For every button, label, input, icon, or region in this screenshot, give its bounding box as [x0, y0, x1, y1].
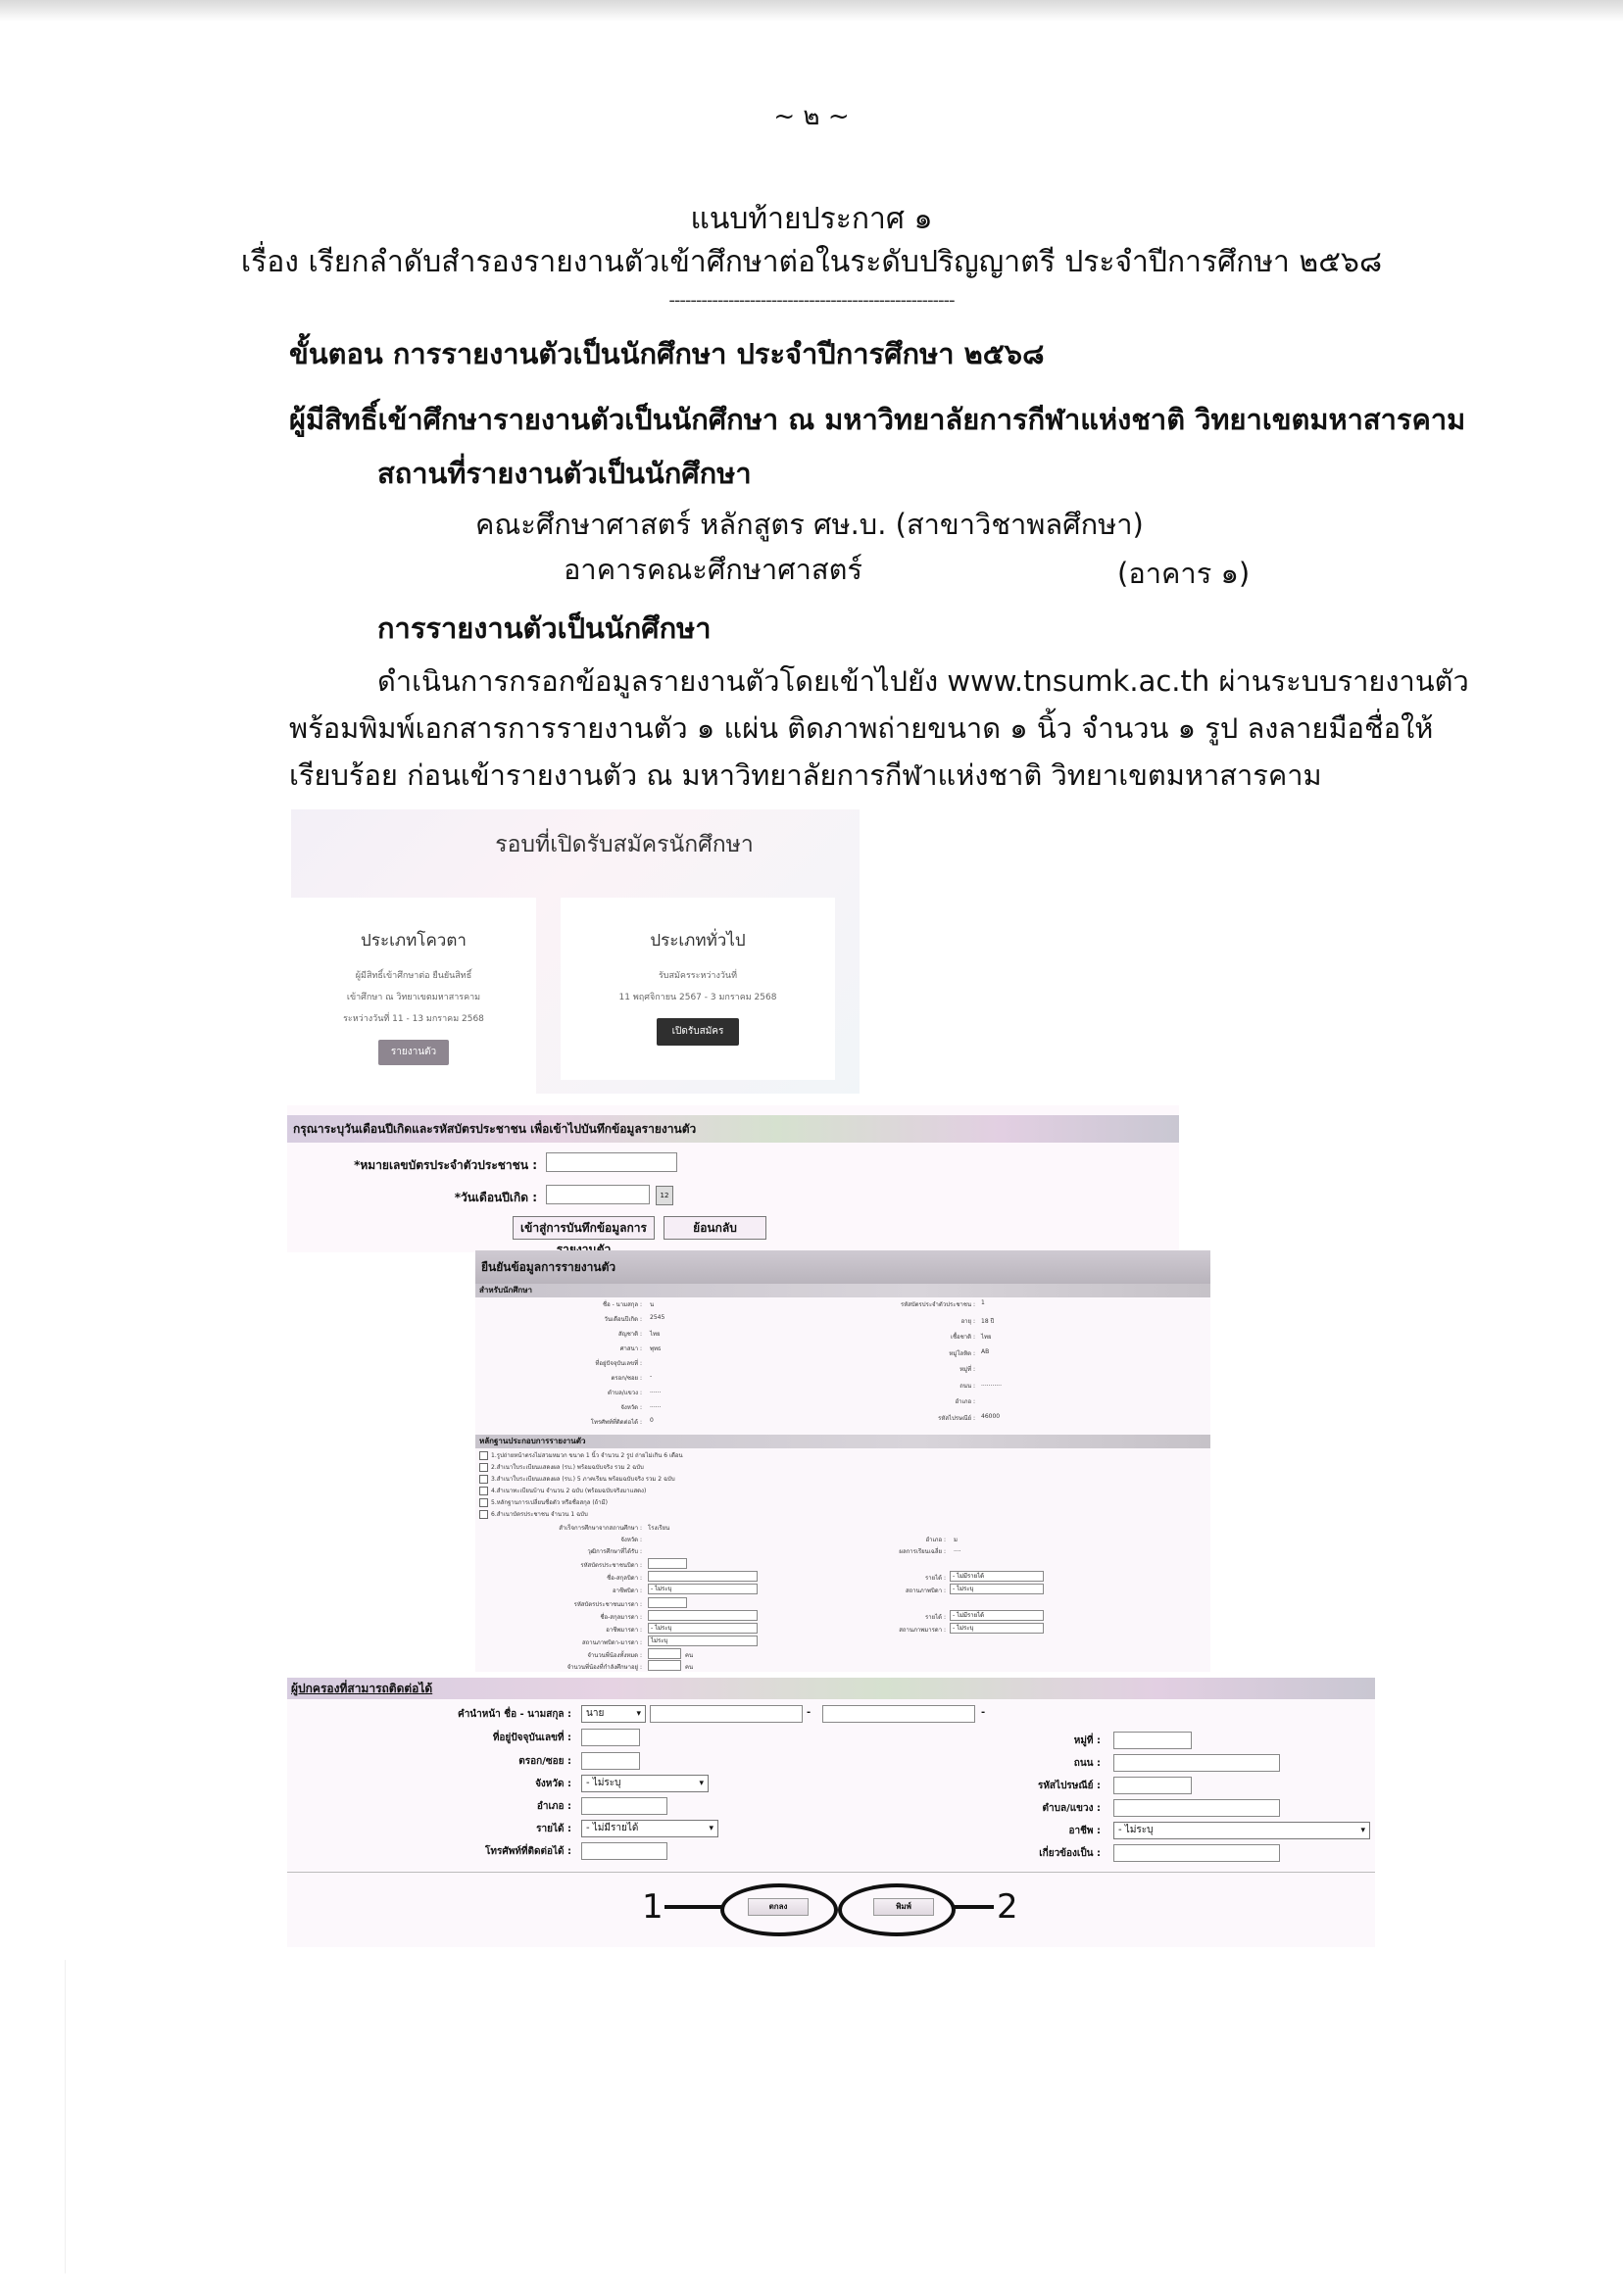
faculty-program: คณะศึกษาศาสตร์ หลักสูตร ศษ.บ. (สาขาวิชาพ… — [475, 502, 1144, 547]
guardian-subdistrict-input[interactable] — [1113, 1799, 1280, 1817]
district-value: ม — [954, 1535, 958, 1544]
callout-ellipse-1 — [720, 1883, 838, 1936]
mother-job-label: อาชีพมารดา : — [475, 1625, 642, 1635]
student-field-label: หมู่ที่ : — [848, 1364, 975, 1374]
confirm-title: ยืนยันข้อมูลการรายงานตัว — [475, 1250, 1210, 1284]
province-label: จังหวัด : — [475, 1535, 642, 1544]
building-name: อาคารคณะศึกษาศาสตร์ — [564, 547, 862, 592]
name-separator: - — [807, 1707, 811, 1718]
document-label: 2.สำเนาใบระเบียนแสดงผล (รบ.) พร้อมฉบับจร… — [491, 1464, 644, 1471]
student-field-label: ศาสนา : — [475, 1343, 642, 1353]
building-number: (อาคาร ๑) — [1117, 551, 1250, 596]
guardian-prefix-select[interactable]: นาย▾ — [581, 1705, 646, 1723]
callout-number-2: 2 — [997, 1887, 1018, 1927]
chevron-down-icon: ▾ — [636, 1706, 641, 1722]
mother-name-label: ชื่อ-สกุลมารดา : — [475, 1612, 642, 1622]
paragraph-line-1: ดำเนินการกรอกข้อมูลรายงานตัวโดยเข้าไปยัง… — [377, 659, 1469, 704]
quota-line-3: ระหว่างวันที่ 11 - 13 มกราคม 2568 — [343, 1014, 484, 1024]
guardian-lastname-input[interactable] — [822, 1705, 975, 1723]
back-button[interactable]: ย้อนกลับ — [664, 1216, 766, 1240]
student-field-value: 18 ปี — [981, 1316, 994, 1326]
guardian-occupation-label: อาชีพ : — [973, 1824, 1101, 1838]
document-checkbox-row[interactable]: 1.รูปถ่ายหน้าตรงไม่สวมหมวก ขนาด 1 นิ้ว จ… — [479, 1450, 683, 1460]
guardian-province-value: - ไม่ระบุ — [586, 1778, 621, 1788]
guardian-soi-input[interactable] — [581, 1752, 640, 1770]
guardian-moo-input[interactable] — [1113, 1732, 1192, 1749]
general-line-1: รับสมัครระหว่างวันที่ — [659, 971, 737, 981]
separator: ----------------------------------------… — [0, 290, 1623, 311]
degree-label: วุฒิการศึกษาที่ได้รับ : — [475, 1546, 642, 1556]
father-name-input[interactable] — [648, 1571, 758, 1582]
guardian-phone-label: โทรศัพท์ที่ติดต่อได้ : — [287, 1844, 571, 1859]
document-checkbox-row[interactable]: 6.สำเนาบัตรประชาชน จำนวน 1 ฉบับ — [479, 1509, 588, 1519]
father-id-label: รหัสบัตรประชาชนบิดา : — [475, 1560, 642, 1570]
siblings-total-unit: คน — [685, 1650, 693, 1660]
chevron-down-icon: ▾ — [1360, 1823, 1365, 1838]
scan-margin — [65, 1960, 66, 2273]
document-label: 4.สำเนาทะเบียนบ้าน จำนวน 2 ฉบับ (พร้อมฉบ… — [491, 1488, 646, 1494]
subject-line: เรื่อง เรียกลำดับสำรองรายงานตัวเข้าศึกษา… — [0, 239, 1623, 285]
guardian-income-value: - ไม่มีรายได้ — [586, 1823, 638, 1833]
student-field-value: ไทย — [650, 1329, 661, 1339]
student-field-label: ที่อยู่ปัจจุบันเลขที่ : — [475, 1358, 642, 1368]
gpa-label: ผลการเรียนเฉลี่ย : — [848, 1546, 946, 1556]
guardian-name-label: คำนำหน้า ชื่อ - นามสกุล : — [287, 1707, 571, 1722]
student-field-value: - — [650, 1373, 652, 1380]
student-field-value: ........... — [981, 1381, 1002, 1388]
quota-heading: ประเภทโควตา — [291, 927, 536, 953]
mother-income-select[interactable]: - ไม่มีรายได้ — [950, 1610, 1044, 1621]
place-heading: สถานที่รายงานตัวเป็นนักศึกษา — [377, 451, 752, 496]
father-id-input[interactable] — [648, 1558, 687, 1569]
annex-title: แนบท้ายประกาศ ๑ — [0, 196, 1623, 242]
guardian-postcode-label: รหัสไปรษณีย์ : — [973, 1779, 1101, 1793]
school-value: โรงเรียน — [648, 1523, 669, 1533]
general-card: ประเภททั่วไป รับสมัครระหว่างวันที่ 11 พฤ… — [561, 898, 835, 1080]
student-field-label: จังหวัด : — [475, 1402, 642, 1412]
student-field-value: พุทธ — [650, 1343, 662, 1353]
guardian-income-select[interactable]: - ไม่มีรายได้▾ — [581, 1820, 718, 1837]
parents-status-label: สถานภาพบิดา-มารดา : — [475, 1637, 642, 1647]
document-label: 6.สำเนาบัตรประชาชน จำนวน 1 ฉบับ — [491, 1511, 588, 1518]
student-field-label: เชื้อชาติ : — [848, 1332, 975, 1342]
guardian-house-input[interactable] — [581, 1729, 640, 1746]
guardian-occupation-value: - ไม่ระบุ — [1118, 1825, 1154, 1835]
student-field-value: 46000 — [981, 1413, 1000, 1420]
father-income-select[interactable]: - ไม่มีรายได้ — [950, 1571, 1044, 1582]
student-field-label: อำเภอ : — [848, 1396, 975, 1406]
father-name-label: ชื่อ-สกุลบิดา : — [475, 1573, 642, 1583]
guardian-road-input[interactable] — [1113, 1754, 1280, 1772]
checkbox[interactable] — [479, 1451, 488, 1460]
document-checkbox-row[interactable]: 2.สำเนาใบระเบียนแสดงผล (รบ.) พร้อมฉบับจร… — [479, 1462, 644, 1472]
siblings-studying-unit: คน — [685, 1662, 693, 1672]
student-field-value: ไทย — [981, 1332, 992, 1342]
guardian-relation-input[interactable] — [1113, 1844, 1280, 1862]
paragraph-line-3: เรียบร้อย ก่อนเข้ารายงานตัว ณ มหาวิทยาลั… — [289, 753, 1322, 798]
general-heading: ประเภททั่วไป — [561, 927, 835, 953]
father-job-label: อาชีพบิดา : — [475, 1586, 642, 1595]
guardian-district-input[interactable] — [581, 1797, 667, 1815]
district-label: อำเภอ : — [848, 1535, 946, 1544]
general-line-2: 11 พฤศจิกายน 2567 - 3 มกราคม 2568 — [619, 993, 777, 1002]
student-field-label: รหัสไปรษณีย์ : — [848, 1413, 975, 1423]
student-field-value: 1 — [981, 1299, 985, 1306]
dob-label: *วันเดือนปีเกิด : — [287, 1189, 537, 1207]
student-field-label: หมู่โลหิต : — [848, 1348, 975, 1358]
student-field-label: รหัสบัตรประจำตัวประชาชน : — [848, 1299, 975, 1309]
siblings-total-input[interactable] — [648, 1648, 681, 1659]
guardian-moo-label: หมู่ที่ : — [973, 1734, 1101, 1748]
parents-status-select[interactable]: ไม่ระบุ — [648, 1636, 758, 1646]
father-status-label: สถานภาพบิดา : — [848, 1586, 946, 1595]
student-field-label: ตรอก/ซอย : — [475, 1373, 642, 1383]
callout-number-1: 1 — [642, 1887, 664, 1927]
quota-line-1: ผู้มีสิทธิ์เข้าศึกษาต่อ ยืนยันสิทธิ์ — [356, 971, 471, 981]
student-field-label: อายุ : — [848, 1316, 975, 1326]
mother-income-label: รายได้ : — [848, 1612, 946, 1622]
guardian-occupation-select[interactable]: - ไม่ระบุ▾ — [1113, 1822, 1370, 1839]
paragraph-line-2: พร้อมพิมพ์เอกสารการรายงานตัว ๑ แผ่น ติดภ… — [289, 706, 1433, 751]
guardian-province-select[interactable]: - ไม่ระบุ▾ — [581, 1775, 709, 1792]
checkbox[interactable] — [479, 1475, 488, 1484]
checkbox[interactable] — [479, 1510, 488, 1519]
student-field-label: ตำบล/แขวง : — [475, 1388, 642, 1397]
mother-status-label: สถานภาพมารดา : — [848, 1625, 946, 1635]
guardian-road-label: ถนน : — [973, 1756, 1101, 1771]
document-checkbox-row[interactable]: 3.สำเนาใบระเบียนแสดงผล (รบ.) 5 ภาคเรียน … — [479, 1474, 675, 1484]
guardian-house-label: ที่อยู่ปัจจุบันเลขที่ : — [287, 1731, 571, 1745]
documents-section: หลักฐานประกอบการรายงานตัว — [475, 1435, 1210, 1448]
student-field-value: AB — [981, 1348, 989, 1355]
chevron-down-icon: ▾ — [709, 1821, 713, 1836]
siblings-total-label: จำนวนพี่น้องทั้งหมด : — [475, 1650, 642, 1660]
name-separator-end: - — [981, 1707, 985, 1718]
guardian-title: ผู้ปกครองที่สามารถติดต่อได้ — [287, 1678, 1375, 1699]
eligible-line: ผู้มีสิทธิ์เข้าศึกษารายงานตัวเป็นนักศึกษ… — [289, 397, 1465, 442]
document-checkbox-row[interactable]: 4.สำเนาทะเบียนบ้าน จำนวน 2 ฉบับ (พร้อมฉบ… — [479, 1486, 646, 1495]
open-application-button[interactable]: เปิดรับสมัคร — [657, 1018, 739, 1046]
guardian-phone-input[interactable] — [581, 1842, 667, 1860]
guardian-income-label: รายได้ : — [287, 1822, 571, 1836]
student-field-value: น — [650, 1299, 654, 1309]
guardian-district-label: อำเภอ : — [287, 1799, 571, 1814]
siblings-studying-input[interactable] — [648, 1660, 681, 1671]
divider — [287, 1872, 1375, 1873]
checkbox[interactable] — [479, 1487, 488, 1495]
rounds-title: รอบที่เปิดรับสมัครนักศึกษา — [291, 827, 860, 862]
callout-line-1 — [664, 1905, 721, 1909]
guardian-subdistrict-label: ตำบล/แขวง : — [973, 1801, 1101, 1816]
mother-id-label: รหัสบัตรประชาชนมารดา : — [475, 1599, 642, 1609]
scan-edge — [0, 0, 1623, 22]
student-section: สำหรับนักศึกษา — [475, 1284, 1210, 1297]
id-label: *หมายเลขบัตรประจำตัวประชาชน : — [287, 1156, 537, 1175]
quota-line-2: เข้าศึกษา ณ วิทยาเขตมหาสารคาม — [347, 993, 480, 1002]
guardian-postcode-input[interactable] — [1113, 1777, 1192, 1794]
mother-name-input[interactable] — [648, 1610, 758, 1621]
guardian-relation-label: เกี่ยวข้องเป็น : — [973, 1846, 1101, 1861]
checkbox[interactable] — [479, 1498, 488, 1507]
siblings-studying-label: จำนวนพี่น้องที่กำลังศึกษาอยู่ : — [475, 1662, 642, 1672]
login-screenshot: กรุณาระบุวันเดือนปีเกิดและรหัสบัตรประชาช… — [287, 1105, 1179, 1252]
chevron-down-icon: ▾ — [699, 1776, 704, 1791]
report-heading: การรายงานตัวเป็นนักศึกษา — [377, 606, 712, 651]
checkbox[interactable] — [479, 1463, 488, 1472]
student-field-value: ...... — [650, 1402, 661, 1409]
callout-ellipse-2 — [838, 1883, 956, 1936]
guardian-prefix-value: นาย — [586, 1708, 604, 1719]
callout-line-2 — [955, 1905, 994, 1909]
report-button[interactable]: รายงานตัว — [378, 1040, 449, 1065]
father-income-label: รายได้ : — [848, 1573, 946, 1583]
student-field-label: สัญชาติ : — [475, 1329, 642, 1339]
school-label: สำเร็จการศึกษาจากสถานศึกษา : — [475, 1523, 642, 1533]
student-field-value: ...... — [650, 1388, 661, 1394]
student-field-label: โทรศัพท์ที่ติดต่อได้ : — [475, 1417, 642, 1427]
calendar-icon[interactable]: 12 — [656, 1186, 673, 1205]
student-field-label: ถนน : — [848, 1381, 975, 1391]
page-number: ~ ๒ ~ — [0, 96, 1623, 136]
confirm-screenshot: ยืนยันข้อมูลการรายงานตัว สำหรับนักศึกษา … — [475, 1250, 1210, 1672]
guardian-screenshot: ผู้ปกครองที่สามารถติดต่อได้ คำนำหน้า ชื่… — [287, 1678, 1375, 1947]
enter-report-button[interactable]: เข้าสู่การบันทึกข้อมูลการรายงานตัว — [513, 1216, 655, 1240]
mother-job-select[interactable]: - ไม่ระบุ — [648, 1623, 758, 1634]
document-label: 5.หลักฐานการเปลี่ยนชื่อตัว หรือชื่อสกุล … — [491, 1499, 608, 1506]
student-field-label: ชื่อ - นามสกุล : — [475, 1299, 642, 1309]
mother-status-select[interactable]: - ไม่ระบุ — [950, 1623, 1044, 1634]
guardian-firstname-input[interactable] — [650, 1705, 803, 1723]
quota-card: ประเภทโควตา ผู้มีสิทธิ์เข้าศึกษาต่อ ยืนย… — [291, 898, 536, 1094]
id-card-input[interactable] — [546, 1152, 677, 1172]
rounds-screenshot: รอบที่เปิดรับสมัครนักศึกษา ประเภทโควตา ผ… — [291, 809, 860, 1094]
student-field-value: 2545 — [650, 1314, 664, 1321]
guardian-soi-label: ตรอก/ซอย : — [287, 1754, 571, 1769]
login-instruction: กรุณาระบุวันเดือนปีเกิดและรหัสบัตรประชาช… — [287, 1115, 1179, 1143]
student-field-value: 0 — [650, 1417, 654, 1424]
student-field-label: วันเดือนปีเกิด : — [475, 1314, 642, 1324]
gpa-value: .... — [954, 1546, 961, 1553]
step-title: ขั้นตอน การรายงานตัวเป็นนักศึกษา ประจำปี… — [289, 331, 1044, 376]
guardian-province-label: จังหวัด : — [287, 1777, 571, 1791]
father-status-select[interactable]: - ไม่ระบุ — [950, 1584, 1044, 1594]
document-label: 3.สำเนาใบระเบียนแสดงผล (รบ.) 5 ภาคเรียน … — [491, 1476, 675, 1483]
mother-id-input[interactable] — [648, 1597, 687, 1608]
dob-input[interactable] — [546, 1185, 650, 1204]
document-label: 1.รูปถ่ายหน้าตรงไม่สวมหมวก ขนาด 1 นิ้ว จ… — [491, 1452, 683, 1459]
father-job-select[interactable]: - ไม่ระบุ — [648, 1584, 758, 1594]
document-checkbox-row[interactable]: 5.หลักฐานการเปลี่ยนชื่อตัว หรือชื่อสกุล … — [479, 1497, 608, 1507]
